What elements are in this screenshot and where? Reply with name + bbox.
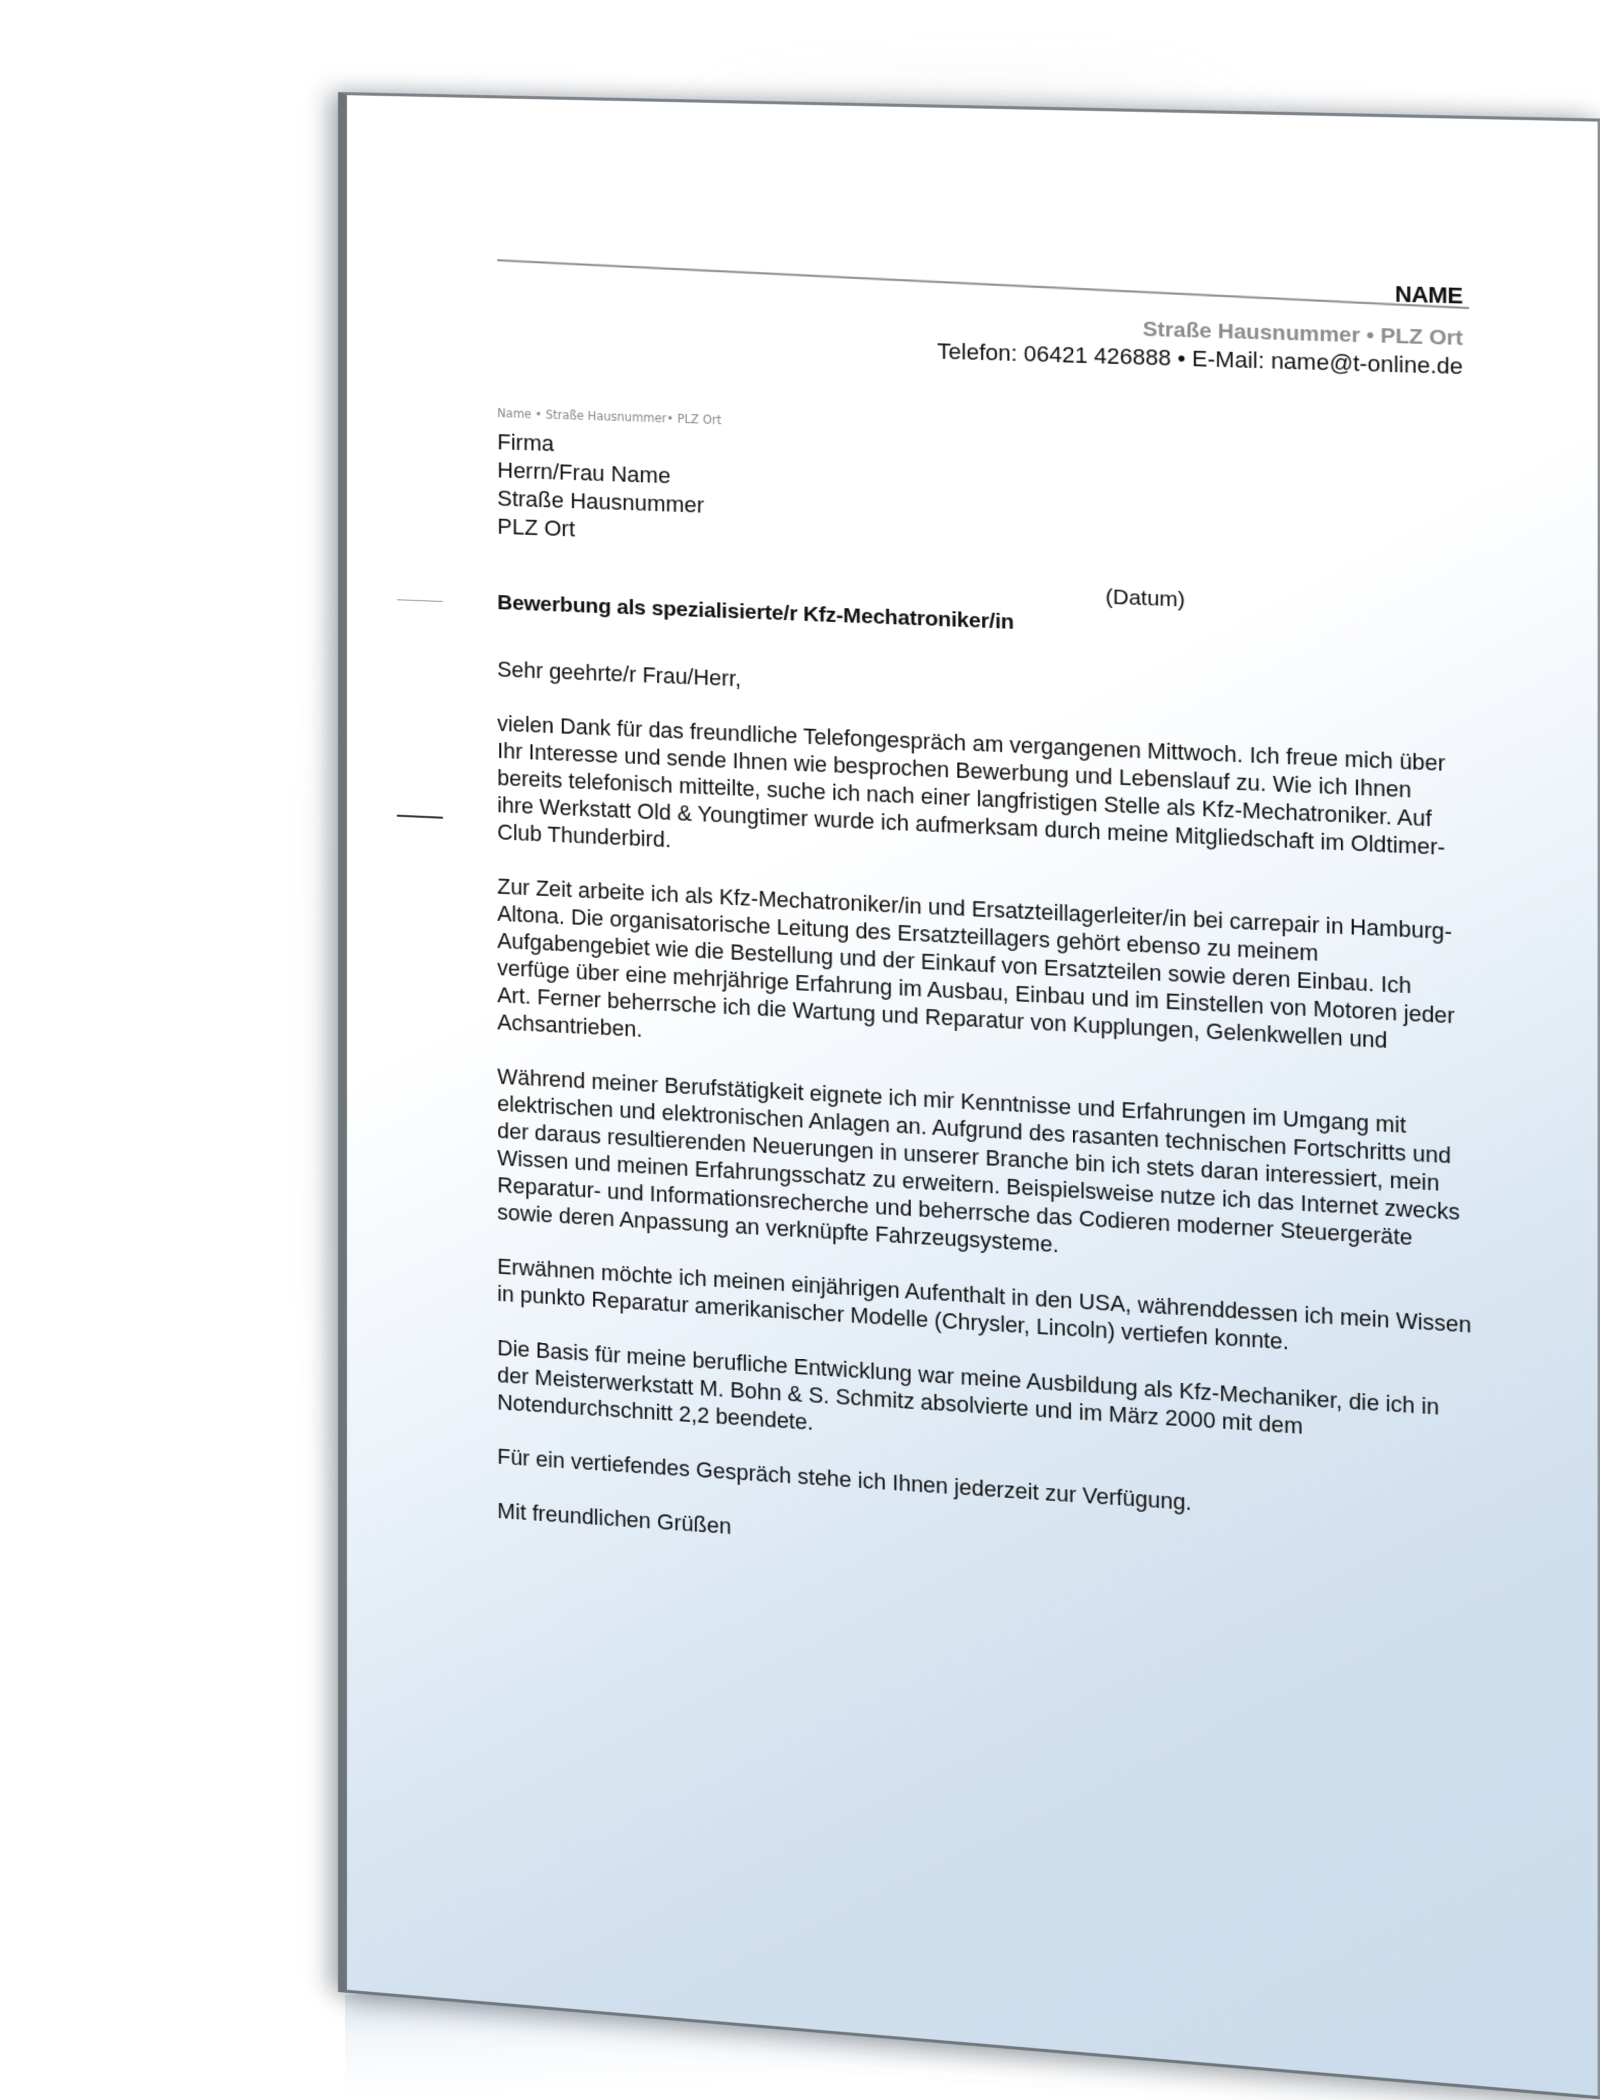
recipient-address: Firma Herrn/Frau Name Straße Hausnummer … bbox=[497, 428, 704, 548]
letter-date: (Datum) bbox=[1105, 585, 1185, 613]
punch-mark bbox=[397, 815, 443, 819]
salutation: Sehr geehrte/r Frau/Herr, bbox=[497, 656, 1474, 723]
return-address-line: Name • Straße Hausnummer• PLZ Ort bbox=[497, 406, 721, 427]
letter-subject: Bewerbung als spezialisierte/r Kfz-Mecha… bbox=[497, 591, 1014, 635]
header-divider bbox=[497, 259, 1469, 309]
letter-content: NAME Straße Hausnummer • PLZ Ort Telefon… bbox=[347, 95, 1598, 2096]
body-paragraph: Während meiner Berufstätigkeit eignete i… bbox=[497, 1064, 1474, 1284]
letter-page: NAME Straße Hausnummer • PLZ Ort Telefon… bbox=[338, 92, 1600, 2099]
document-preview: NAME Straße Hausnummer • PLZ Ort Telefon… bbox=[0, 0, 1600, 2100]
body-paragraph: Zur Zeit arbeite ich als Kfz-Mechatronik… bbox=[497, 873, 1474, 1087]
fold-mark bbox=[397, 599, 443, 602]
letter-body: Sehr geehrte/r Frau/Herr, vielen Dank fü… bbox=[497, 656, 1474, 1620]
sender-name: NAME bbox=[1395, 281, 1463, 310]
body-paragraph: vielen Dank für das freundliche Telefong… bbox=[497, 711, 1474, 892]
